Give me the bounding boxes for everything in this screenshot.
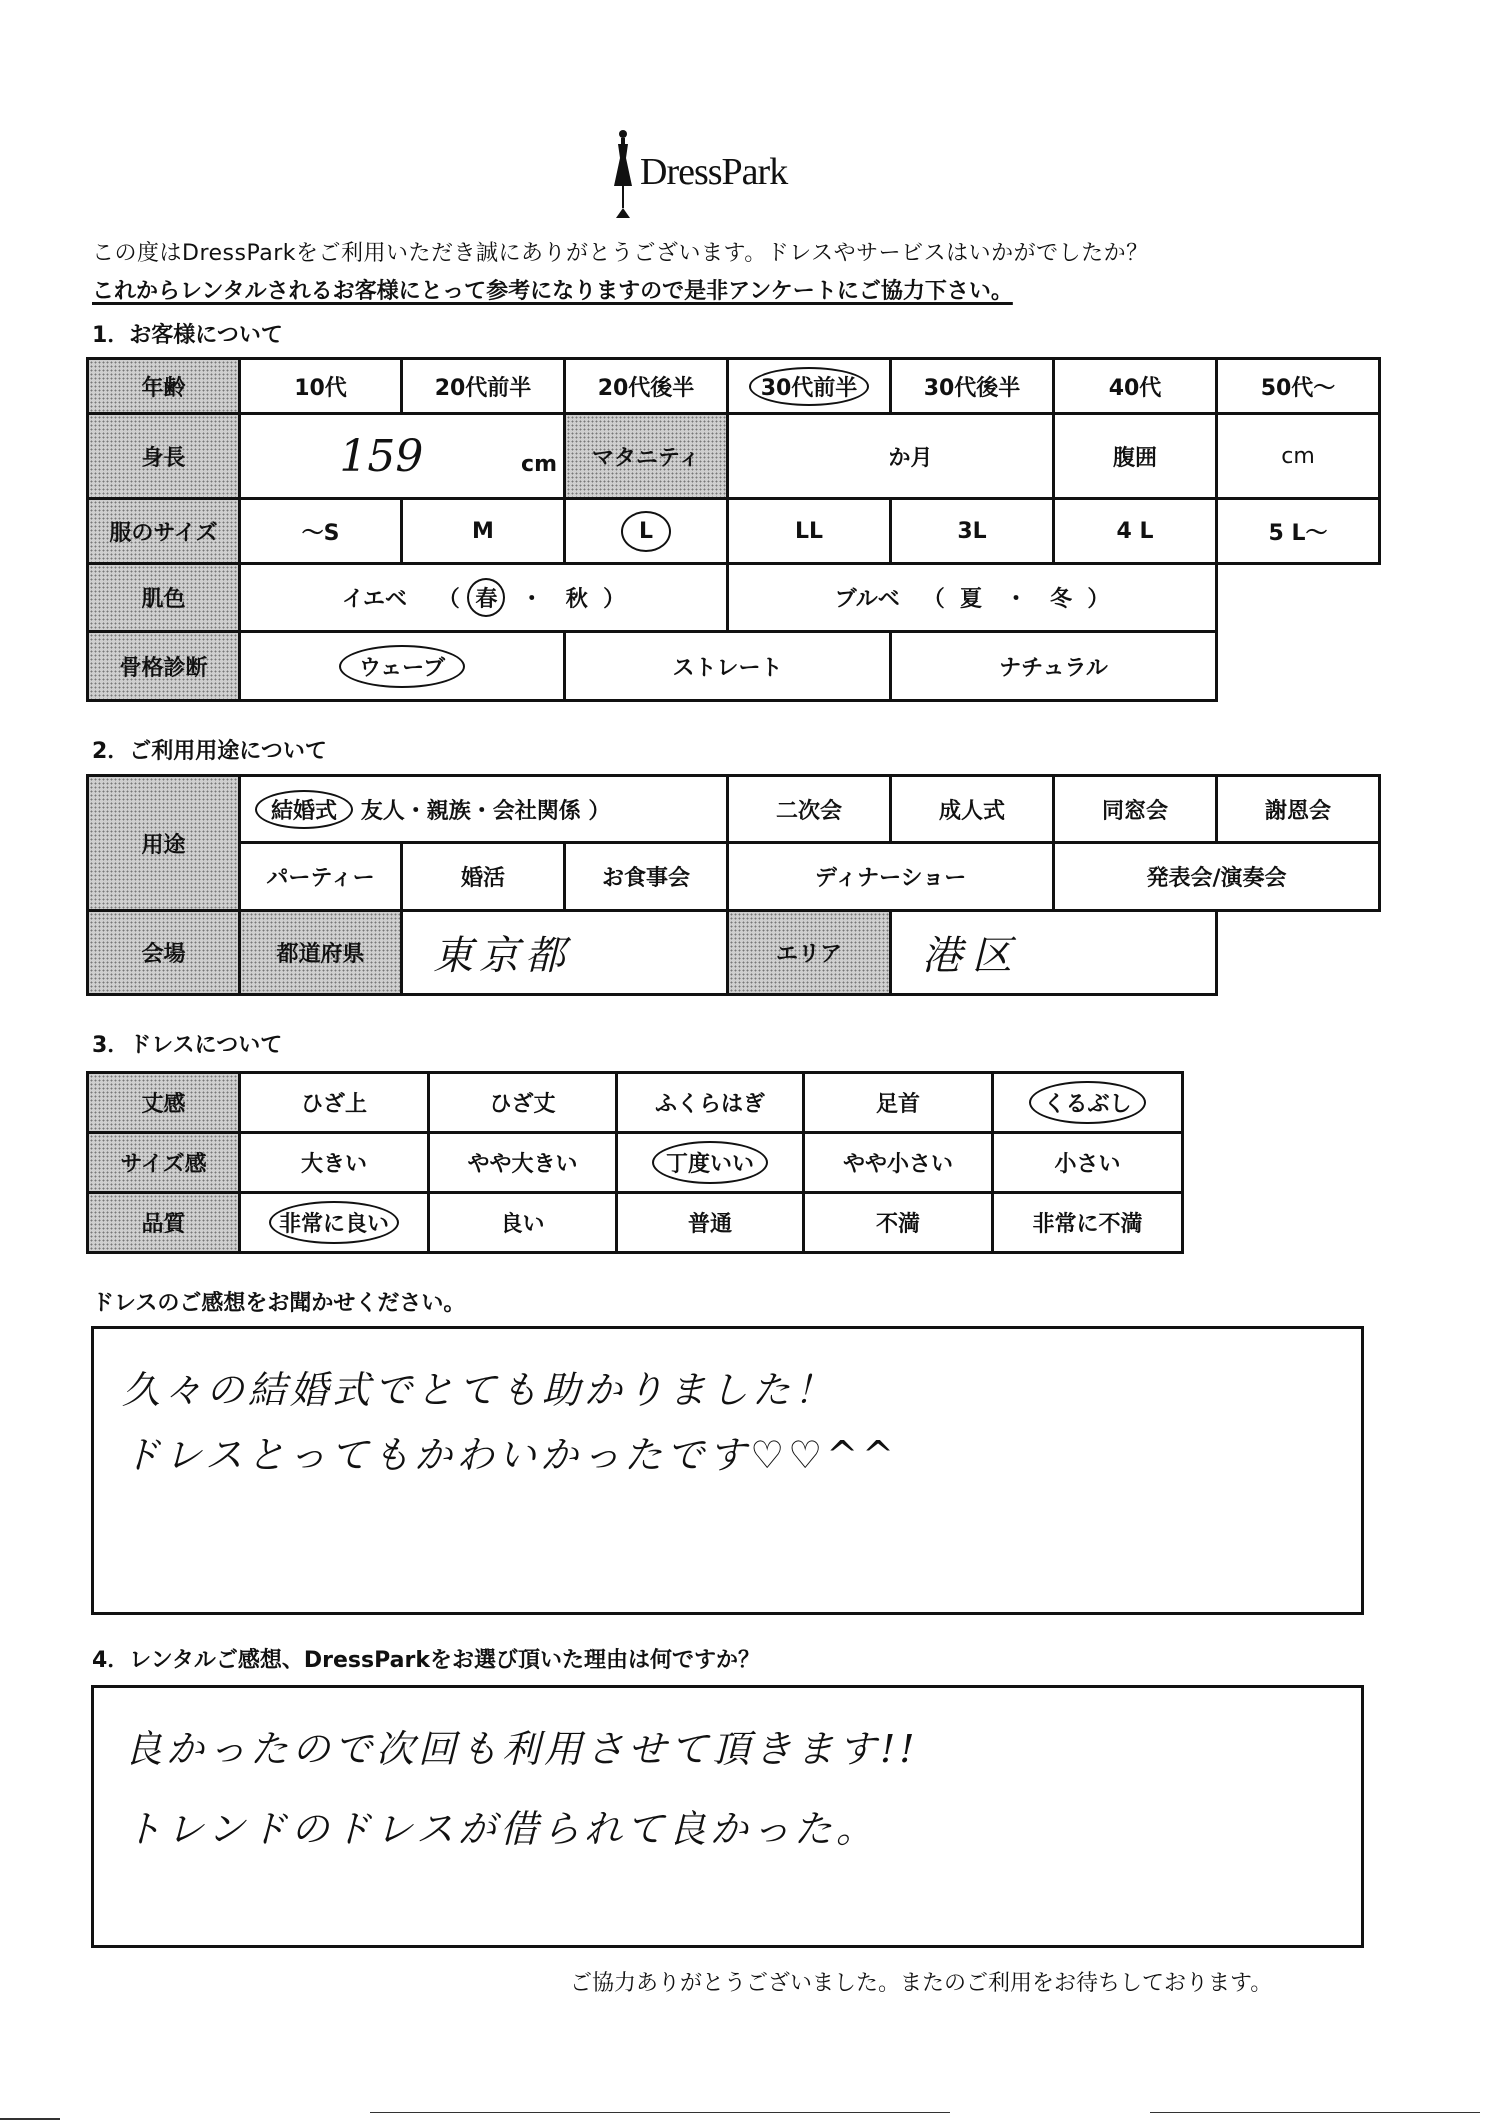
dress-comment-line: ドレスとってもかわいかったです♡♡^^	[122, 1424, 898, 1479]
quality-option[interactable]: 良い	[429, 1193, 617, 1253]
prefecture-value: 東京都	[433, 933, 571, 979]
quality-label: 品質	[88, 1193, 240, 1253]
size-option[interactable]: LL	[728, 499, 891, 564]
purpose-option[interactable]: 成人式	[891, 776, 1054, 843]
intro-thanks: この度はDressParkをご利用いただき誠にありがとうございます。ドレスやサー…	[92, 236, 1149, 267]
purpose-label: 用途	[88, 776, 240, 911]
frame-label: 骨格診断	[88, 632, 240, 701]
quality-option[interactable]: 普通	[617, 1193, 804, 1253]
length-option[interactable]: ひざ上	[240, 1073, 429, 1133]
waist-label: 腹囲	[1054, 414, 1217, 499]
fit-option[interactable]: 大きい	[240, 1133, 429, 1193]
fit-row: サイズ感 大きい やや大きい 丁度いい やや小さい 小さい	[88, 1133, 1183, 1193]
length-label: 丈感	[88, 1073, 240, 1133]
area-value: 港区	[922, 933, 1022, 979]
length-option[interactable]: ひざ丈	[429, 1073, 617, 1133]
fit-option[interactable]: やや大きい	[429, 1133, 617, 1193]
selection-circle: ウェーブ	[339, 645, 465, 688]
size-option[interactable]: 4 L	[1054, 499, 1217, 564]
length-option-selected[interactable]: くるぶし	[993, 1073, 1183, 1133]
maternity-unit: か月	[888, 446, 932, 471]
selection-circle: L	[621, 511, 671, 552]
dress-rating-table: 丈感 ひざ上 ひざ丈 ふくらはぎ 足首 くるぶし サイズ感 大きい やや大きい …	[86, 1071, 1184, 1254]
rental-comment-line: 良かったので次回も利用させて頂きます!!	[124, 1718, 919, 1773]
section1-title: 1．お客様について	[92, 318, 283, 349]
height-field[interactable]: 159 cm	[240, 414, 565, 499]
summer-option[interactable]: 夏	[960, 587, 982, 612]
scan-artifact	[370, 2112, 950, 2113]
purpose-option[interactable]: お食事会	[565, 843, 728, 911]
fit-option[interactable]: 小さい	[993, 1133, 1183, 1193]
prefecture-label: 都道府県	[240, 911, 402, 995]
autumn-option[interactable]: 秋	[566, 587, 588, 612]
age-option[interactable]: 30代後半	[891, 359, 1054, 414]
age-option[interactable]: 10代	[240, 359, 402, 414]
customer-info-table: 年齢 10代 20代前半 20代後半 30代前半 30代後半 40代 50代～ …	[86, 357, 1381, 702]
selection-circle: 非常に良い	[269, 1201, 399, 1244]
purpose-option[interactable]: 二次会	[728, 776, 891, 843]
size-option[interactable]: 3L	[891, 499, 1054, 564]
frame-row: 骨格診断 ウェーブ ストレート ナチュラル	[88, 632, 1380, 701]
wedding-selected: 結婚式	[255, 790, 353, 829]
prefecture-field[interactable]: 東京都	[402, 911, 728, 995]
waist-field[interactable]: cm	[1217, 414, 1380, 499]
purpose-option[interactable]: 同窓会	[1054, 776, 1217, 843]
height-row: 身長 159 cm マタニティ か月 腹囲 cm	[88, 414, 1380, 499]
area-field[interactable]: 港区	[891, 911, 1217, 995]
waist-unit: cm	[1281, 444, 1315, 469]
selection-circle: くるぶし	[1029, 1081, 1145, 1124]
age-option[interactable]: 20代後半	[565, 359, 728, 414]
quality-option[interactable]: 非常に不満	[993, 1193, 1183, 1253]
age-label: 年齢	[88, 359, 240, 414]
scan-artifact	[1150, 2112, 1480, 2113]
dress-comment-prompt: ドレスのご感想をお聞かせください。	[92, 1286, 465, 1317]
intro-request: これからレンタルされるお客様にとって参考になりますので是非アンケートにご協力下さ…	[92, 274, 1013, 305]
quality-option[interactable]: 不満	[804, 1193, 993, 1253]
frame-option[interactable]: ナチュラル	[891, 632, 1217, 701]
footer-thanks: ご協力ありがとうございました。またのご利用をお待ちしております。	[570, 1966, 1272, 1997]
length-option[interactable]: ふくらはぎ	[617, 1073, 804, 1133]
dresspark-logo: DressPark	[610, 125, 850, 220]
venue-label: 会場	[88, 911, 240, 995]
skin-row: 肌色 イエベ （ 春 ・ 秋 ） ブルベ （ 夏 ・ 冬 ）	[88, 564, 1380, 632]
wedding-relation: 友人・親族・会社関係 ）	[361, 799, 611, 824]
quality-option-selected[interactable]: 非常に良い	[240, 1193, 429, 1253]
size-option-selected[interactable]: L	[565, 499, 728, 564]
purpose-option[interactable]: 謝恩会	[1217, 776, 1380, 843]
skin-label: 肌色	[88, 564, 240, 632]
size-option[interactable]: M	[402, 499, 565, 564]
area-label: エリア	[728, 911, 891, 995]
section2-title: 2．ご利用用途について	[92, 734, 327, 765]
section4-title: 4．レンタルご感想、DressParkをお選び頂いた理由は何ですか？	[92, 1643, 760, 1674]
dress-comment-line: 久々の結婚式でとても助かりました！	[122, 1359, 836, 1414]
age-option[interactable]: 50代～	[1217, 359, 1380, 414]
selection-circle: 丁度いい	[652, 1141, 768, 1184]
height-unit: cm	[521, 452, 557, 477]
maternity-field[interactable]: か月	[728, 414, 1054, 499]
maternity-label: マタニティ	[565, 414, 728, 499]
quality-row: 品質 非常に良い 良い 普通 不満 非常に不満	[88, 1193, 1183, 1253]
section3-title: 3．ドレスについて	[92, 1028, 282, 1059]
winter-option[interactable]: 冬	[1050, 587, 1072, 612]
usage-table: 用途 結婚式 友人・親族・会社関係 ） 二次会 成人式 同窓会 謝恩会 パーティ…	[86, 774, 1381, 996]
spring-selected[interactable]: 春	[467, 578, 505, 617]
fit-option-selected[interactable]: 丁度いい	[617, 1133, 804, 1193]
size-option[interactable]: ～S	[240, 499, 402, 564]
purpose-option[interactable]: パーティー	[240, 843, 402, 911]
wedding-option[interactable]: 結婚式 友人・親族・会社関係 ）	[240, 776, 728, 843]
age-row: 年齢 10代 20代前半 20代後半 30代前半 30代後半 40代 50代～	[88, 359, 1380, 414]
rental-comment-box[interactable]: 良かったので次回も利用させて頂きます!! トレンドのドレスが借られて良かった。	[91, 1685, 1364, 1948]
size-label: 服のサイズ	[88, 499, 240, 564]
height-value: 159	[339, 431, 423, 482]
purpose-option[interactable]: 婚活	[402, 843, 565, 911]
size-row: 服のサイズ ～S M L LL 3L 4 L 5 L～	[88, 499, 1380, 564]
dress-comment-box[interactable]: 久々の結婚式でとても助かりました！ ドレスとってもかわいかったです♡♡^^	[91, 1326, 1364, 1615]
fit-option[interactable]: やや小さい	[804, 1133, 993, 1193]
fit-label: サイズ感	[88, 1133, 240, 1193]
purpose-option[interactable]: ディナーショー	[728, 843, 1054, 911]
length-option[interactable]: 足首	[804, 1073, 993, 1133]
age-option[interactable]: 40代	[1054, 359, 1217, 414]
length-row: 丈感 ひざ上 ひざ丈 ふくらはぎ 足首 くるぶし	[88, 1073, 1183, 1133]
purpose-option[interactable]: 発表会/演奏会	[1054, 843, 1380, 911]
brand-name: DressPark	[640, 150, 787, 194]
scan-artifact	[0, 2118, 60, 2120]
yellow-base-option[interactable]: イエベ （ 春 ・ 秋 ）	[240, 564, 728, 632]
blue-base-option[interactable]: ブルベ （ 夏 ・ 冬 ）	[728, 564, 1217, 632]
frame-option[interactable]: ストレート	[565, 632, 891, 701]
age-option-selected[interactable]: 30代前半	[728, 359, 891, 414]
height-label: 身長	[88, 414, 240, 499]
age-option[interactable]: 20代前半	[402, 359, 565, 414]
selection-circle: 30代前半	[749, 367, 870, 406]
rental-comment-line: トレンドのドレスが借られて良かった。	[124, 1798, 878, 1853]
frame-option-selected[interactable]: ウェーブ	[240, 632, 565, 701]
size-option[interactable]: 5 L～	[1217, 499, 1380, 564]
dress-silhouette-icon	[610, 128, 636, 220]
